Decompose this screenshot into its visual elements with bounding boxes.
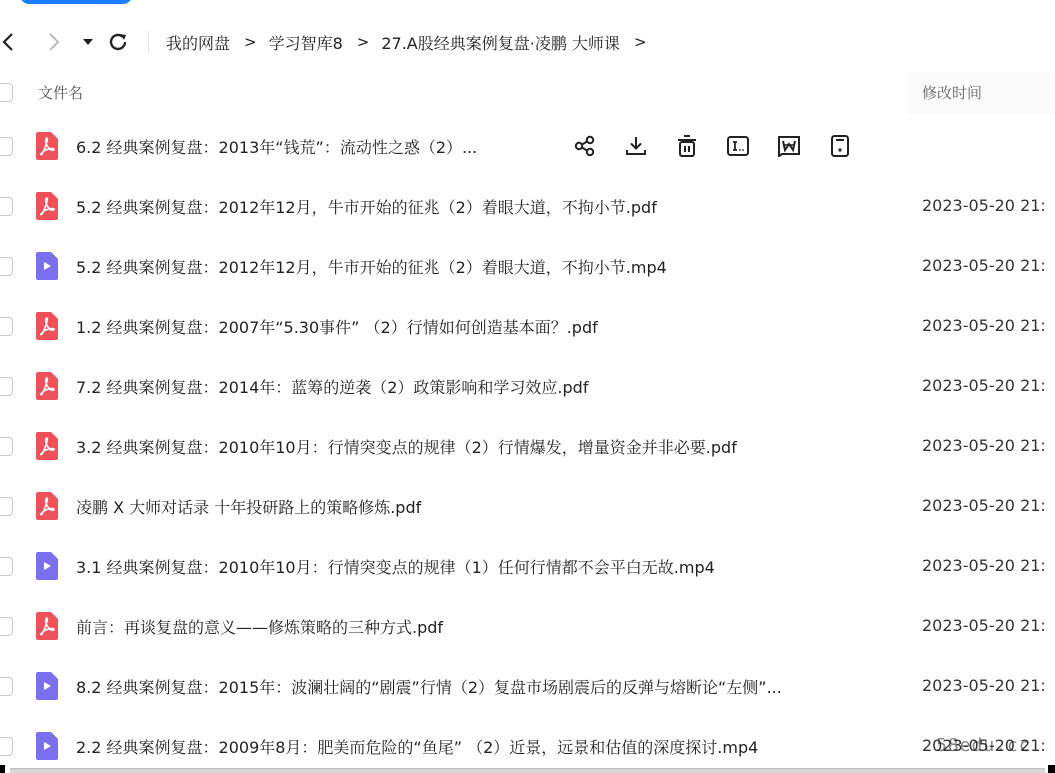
- navigation-bar: 我的网盘 > 学习智库8 > 27.A股经典案例复盘·凌鹏 大师课 >: [0, 22, 1055, 62]
- file-name[interactable]: 3.2 经典案例复盘：2010年10月：行情突变点的规律（2）行情爆发，增量资金…: [76, 435, 737, 458]
- table-row[interactable]: 1.2 经典案例复盘：2007年“5.30事件” （2）行情如何创造基本面？.p…: [0, 297, 1055, 357]
- file-name[interactable]: 8.2 经典案例复盘：2015年：波澜壮阔的“剧震”行情（2）复盘市场剧震后的反…: [76, 675, 782, 698]
- table-row[interactable]: 3.1 经典案例复盘：2010年10月：行情突变点的规律（1）任何行情都不会平白…: [0, 537, 1055, 597]
- row-checkbox[interactable]: [0, 737, 13, 756]
- file-name[interactable]: 凌鹏 X 大师对话录 十年投研路上的策略修炼.pdf: [76, 495, 421, 518]
- refresh-button[interactable]: [106, 30, 130, 54]
- top-tab-indicator: [20, 0, 132, 4]
- file-name[interactable]: 2.2 经典案例复盘：2009年8月：肥美而危险的“鱼尾” （2）近景，远景和估…: [76, 735, 758, 758]
- row-checkbox[interactable]: [0, 437, 13, 456]
- file-name[interactable]: 5.2 经典案例复盘：2012年12月，牛市开始的征兆（2）着眼大道，不拘小节.…: [76, 255, 667, 278]
- watermark: 58edu.cc: [936, 735, 1031, 756]
- file-name[interactable]: 3.1 经典案例复盘：2010年10月：行情突变点的规律（1）任何行情都不会平白…: [76, 555, 715, 578]
- pdf-file-icon: [34, 371, 60, 401]
- column-header-filename[interactable]: 文件名: [38, 82, 83, 103]
- breadcrumb-item-root[interactable]: 我的网盘: [166, 31, 230, 54]
- convert-word-button[interactable]: [776, 133, 802, 159]
- breadcrumb: 我的网盘 > 学习智库8 > 27.A股经典案例复盘·凌鹏 大师课 >: [166, 22, 659, 62]
- row-checkbox[interactable]: [0, 677, 13, 696]
- delete-button[interactable]: [674, 133, 700, 159]
- table-row[interactable]: 5.2 经典案例复盘：2012年12月，牛市开始的征兆（2）着眼大道，不拘小节.…: [0, 177, 1055, 237]
- word-icon: [777, 135, 801, 157]
- share-icon: [574, 135, 596, 157]
- breadcrumb-separator: >: [634, 33, 647, 51]
- table-row[interactable]: 2.2 经典案例复盘：2009年8月：肥美而危险的“鱼尾” （2）近景，远景和估…: [0, 717, 1055, 773]
- file-name[interactable]: 5.2 经典案例复盘：2012年12月，牛市开始的征兆（2）着眼大道，不拘小节.…: [76, 195, 657, 218]
- row-checkbox[interactable]: [0, 557, 13, 576]
- chevron-right-icon: [47, 32, 61, 52]
- forward-button[interactable]: [42, 30, 66, 54]
- rename-icon: [726, 135, 750, 157]
- table-row[interactable]: 7.2 经典案例复盘：2014年：蓝筹的逆袭（2）政策影响和学习效应.pdf 2…: [0, 357, 1055, 417]
- row-checkbox[interactable]: [0, 197, 13, 216]
- row-checkbox[interactable]: [0, 617, 13, 636]
- nav-divider: [148, 31, 149, 53]
- rename-button[interactable]: [725, 133, 751, 159]
- table-row[interactable]: 5.2 经典案例复盘：2012年12月，牛市开始的征兆（2）着眼大道，不拘小节.…: [0, 237, 1055, 297]
- pdf-file-icon: [34, 131, 60, 161]
- table-row[interactable]: 凌鹏 X 大师对话录 十年投研路上的策略修炼.pdf 2023-05-20 21…: [0, 477, 1055, 537]
- video-file-icon: [34, 671, 60, 701]
- modified-time: 2023-05-20 21:: [922, 616, 1046, 635]
- breadcrumb-item-library[interactable]: 学习智库8: [269, 31, 343, 54]
- video-file-icon: [34, 551, 60, 581]
- column-header-modified[interactable]: 修改时间: [908, 72, 1055, 114]
- horizontal-scrollbar[interactable]: [10, 768, 1045, 773]
- video-file-icon: [34, 251, 60, 281]
- file-list: 6.2 经典案例复盘：2013年“钱荒”：流动性之惑（2）...: [0, 117, 1055, 773]
- pdf-file-icon: [34, 491, 60, 521]
- pdf-file-icon: [34, 311, 60, 341]
- refresh-icon: [107, 31, 129, 53]
- download-icon: [625, 135, 647, 157]
- trash-icon: [676, 134, 698, 158]
- row-checkbox[interactable]: [0, 497, 13, 516]
- back-button[interactable]: [0, 30, 20, 54]
- row-checkbox[interactable]: [0, 317, 13, 336]
- modified-time: 2023-05-20 21:: [922, 556, 1046, 575]
- table-row[interactable]: 8.2 经典案例复盘：2015年：波澜壮阔的“剧震”行情（2）复盘市场剧震后的反…: [0, 657, 1055, 717]
- file-detail-button[interactable]: [827, 133, 853, 159]
- modified-time: 2023-05-20 21:: [922, 316, 1046, 335]
- modified-time: 2023-05-20 21:: [922, 196, 1046, 215]
- breadcrumb-separator: >: [244, 33, 257, 51]
- file-detail-icon: [830, 134, 850, 158]
- select-all-checkbox[interactable]: [0, 83, 13, 102]
- row-checkbox[interactable]: [0, 377, 13, 396]
- file-name[interactable]: 前言：再谈复盘的意义——修炼策略的三种方式.pdf: [76, 615, 443, 638]
- pdf-file-icon: [34, 431, 60, 461]
- download-button[interactable]: [623, 133, 649, 159]
- caret-down-icon: [82, 38, 94, 46]
- file-name[interactable]: 7.2 经典案例复盘：2014年：蓝筹的逆袭（2）政策影响和学习效应.pdf: [76, 375, 588, 398]
- table-row[interactable]: 前言：再谈复盘的意义——修炼策略的三种方式.pdf 2023-05-20 21:: [0, 597, 1055, 657]
- share-button[interactable]: [572, 133, 598, 159]
- modified-time: 2023-05-20 21:: [922, 496, 1046, 515]
- video-file-icon: [34, 731, 60, 761]
- table-row[interactable]: 3.2 经典案例复盘：2010年10月：行情突变点的规律（2）行情爆发，增量资金…: [0, 417, 1055, 477]
- column-header-modified-label: 修改时间: [922, 84, 982, 102]
- row-checkbox[interactable]: [0, 137, 13, 156]
- table-header: 文件名 修改时间: [0, 72, 1055, 114]
- breadcrumb-separator: >: [357, 33, 370, 51]
- modified-time: 2023-05-20 21:: [922, 676, 1046, 695]
- row-checkbox[interactable]: [0, 257, 13, 276]
- scrollbar-right-cap: [1048, 765, 1055, 773]
- file-name[interactable]: 6.2 经典案例复盘：2013年“钱荒”：流动性之惑（2）...: [76, 135, 477, 158]
- table-row[interactable]: 6.2 经典案例复盘：2013年“钱荒”：流动性之惑（2）...: [0, 117, 1055, 177]
- chevron-left-icon: [1, 32, 15, 52]
- pdf-file-icon: [34, 191, 60, 221]
- history-dropdown-button[interactable]: [76, 30, 100, 54]
- file-name[interactable]: 1.2 经典案例复盘：2007年“5.30事件” （2）行情如何创造基本面？.p…: [76, 315, 598, 338]
- scrollbar-left-cap: [0, 765, 5, 773]
- row-action-bar: [572, 133, 853, 159]
- breadcrumb-item-current-folder[interactable]: 27.A股经典案例复盘·凌鹏 大师课: [381, 31, 620, 54]
- modified-time: 2023-05-20 21:: [922, 376, 1046, 395]
- modified-time: 2023-05-20 21:: [922, 256, 1046, 275]
- modified-time: 2023-05-20 21:: [922, 436, 1046, 455]
- pdf-file-icon: [34, 611, 60, 641]
